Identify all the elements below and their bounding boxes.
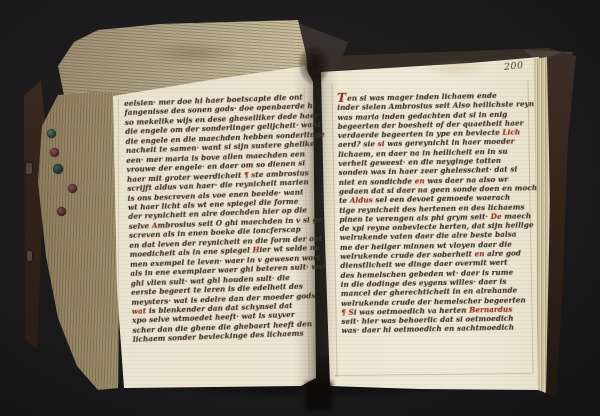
right-page-text: Ten si was mager inden lichaem endeinder… <box>337 89 540 335</box>
ruling-line-vertical <box>118 98 119 384</box>
rubric-text: Aldus <box>350 196 373 205</box>
rubric-text: en <box>415 176 425 185</box>
ink-text: aerd? sie <box>338 140 378 150</box>
clasp-remnant <box>26 163 32 174</box>
rubric-text: ¶ s <box>244 170 256 179</box>
paper-stain <box>420 58 490 78</box>
bookmark-dot <box>53 164 63 174</box>
bookmark-dot <box>50 148 59 157</box>
rubric-text: ¶ S <box>341 308 354 317</box>
bookmark-dot <box>68 184 77 193</box>
rubric-text: T <box>337 94 346 102</box>
rubric-text: De <box>491 212 502 221</box>
rubric-text: Lich <box>502 128 520 137</box>
ink-text: alre god <box>484 249 521 259</box>
folio-number: 200 <box>503 60 524 73</box>
ink-text: maech <box>502 211 532 221</box>
paper-stain <box>150 40 240 66</box>
gutter-top-shadow <box>294 44 334 96</box>
gutter-bottom-shadow <box>306 382 332 410</box>
clasp-remnant <box>27 251 32 261</box>
bookmark-dot <box>47 129 56 138</box>
ink-text: te <box>339 196 350 205</box>
left-page-text: eelsien· mer doe hi haer boetscapte die … <box>124 92 319 344</box>
bookmark-dot <box>57 207 66 216</box>
manuscript-photo: eelsien· mer doe hi haer boetscapte die … <box>0 0 600 416</box>
